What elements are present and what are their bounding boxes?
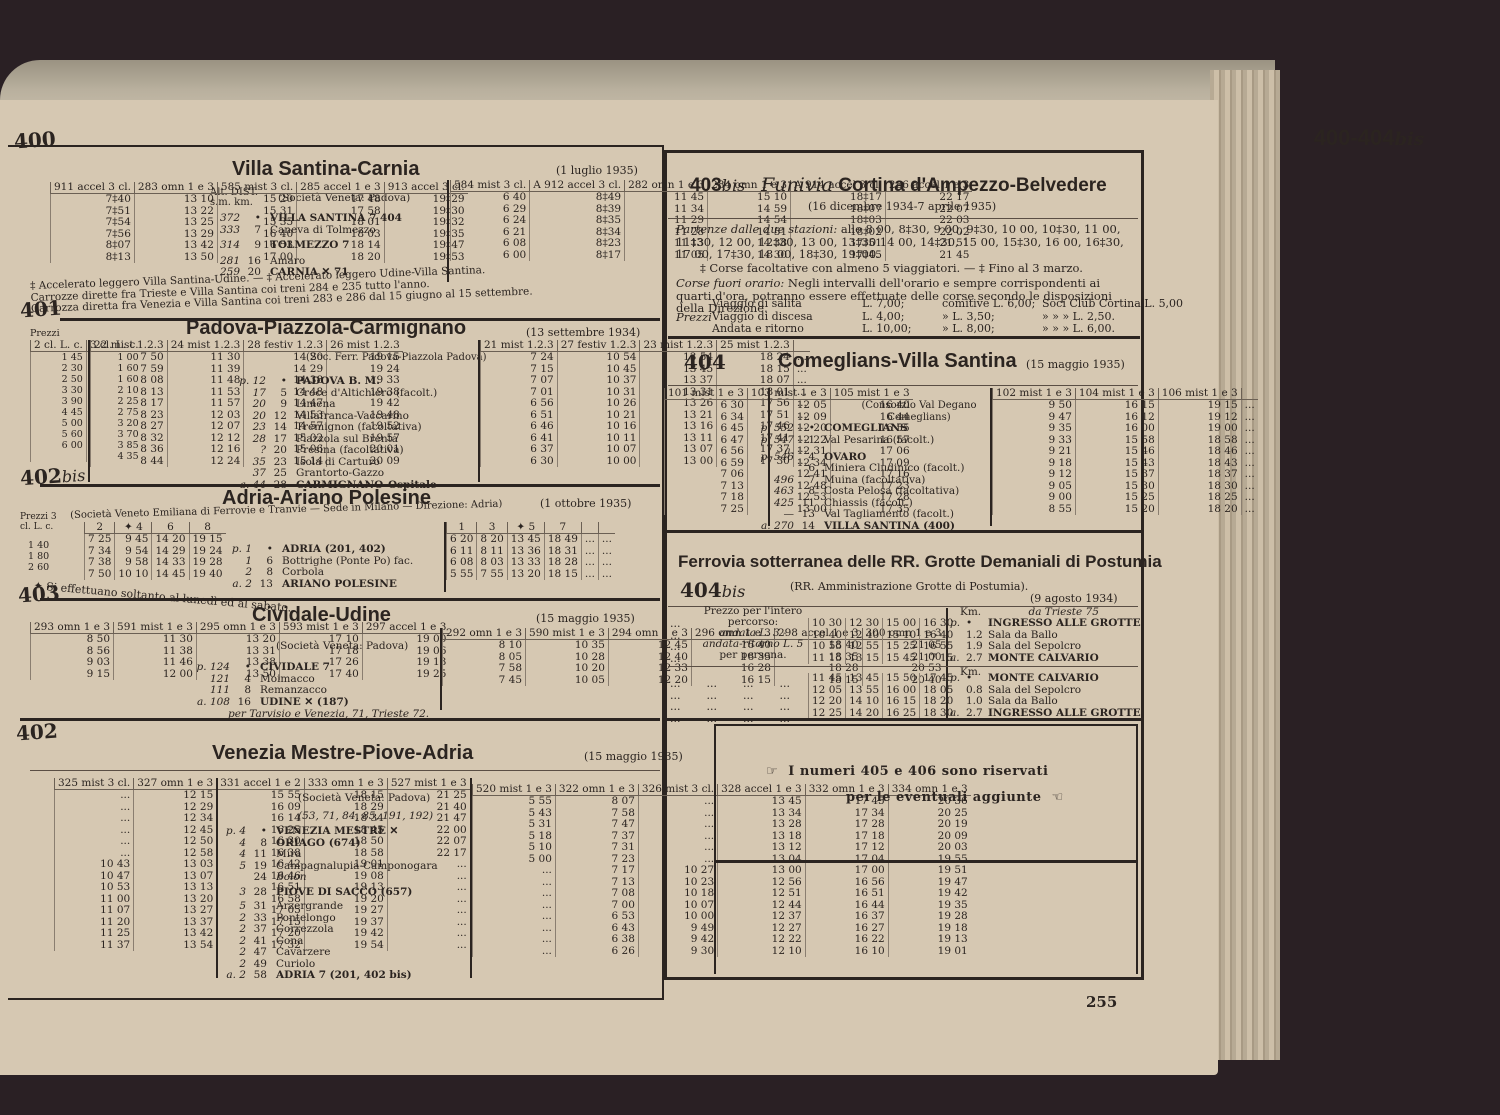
company-401: (Soc. Ferr. Padova-Piazzola Padova) [306,352,486,364]
station-list-401: p. 12•PADOVA B. M. 175Croce d'Altichiero… [226,376,437,491]
section-date-404bis: (9 agosto 1934) [1030,592,1117,605]
station-row: 24Boion [206,872,438,884]
station-row: a.2.7MONTE CALVARIO [950,653,1141,665]
station-row: 1.0Sala da Ballo [950,696,1141,708]
prices-label-403bis: Prezzi [676,311,712,324]
table-row: 10 3012 3015 0016 30 [809,618,957,630]
station-row: 1118Remanzacco [190,685,349,697]
divider [664,718,1144,721]
section-date-404: (15 maggio 1935) [1026,358,1125,371]
table-row: 7 259 4514 2019 15 [85,534,226,546]
table-row: 9 3516 0019 00... [993,423,1258,435]
station-row: p.•MONTE CALVARIO [950,673,1141,685]
station-list-404bis-out: p.•INGRESSO ALLE GROTTE 1.2Sala da Ballo… [950,618,1141,664]
page-header-range: 400-404bis [1314,125,1424,151]
station-row: 1.9Sala del Sepolcro [950,641,1141,653]
table-row: 9 2115 4618 46... [993,446,1258,458]
section-title-402: Venezia Mestre-Piove-Adria [212,742,473,765]
section-number-403: 403 [17,581,60,608]
station-row: p. 552•COMEGLIANS [754,423,964,435]
divider [668,336,1140,339]
table-row: 9 0015 2518 25... [993,492,1258,504]
station-row: p. 12•PADOVA B. M. [226,376,437,388]
pointing-hand-left-icon: ☜ [1052,790,1064,805]
divider [664,530,1144,533]
table-row: 12 2014 1016 1518 20 [809,696,957,708]
section-date-403bis: (16 dicembre 1934-7 aprile 1935) [808,200,996,213]
station-row: a. 213ARIANO POLESINE [212,579,413,591]
table-row: 11 4513 4515 5017 45 [809,673,957,685]
section-date-400: (1 luglio 1935) [556,164,638,177]
station-row: 209Limena [226,399,437,411]
section-number-404bis: 404bis [680,578,745,602]
table-row: 8 5011 3013 2017 1019 00 [31,634,450,646]
reserved-notice-line2: per le eventuali aggiunte ☜ [846,792,1064,804]
divider [716,860,1136,863]
header-row: 325 mist 3 cl.327 omn 1 e 3331 accel 1 e… [55,778,470,790]
header-row: 102 mist 1 e 3104 mist 1 e 3106 mist 1 e… [993,388,1258,400]
station-row: 411Mira [206,849,438,861]
price-row: Viaggio di salitaL. 7,00;comitive L. 6,0… [712,298,1183,311]
table-row: 10 5512 5515 2516 55 [809,641,957,653]
divider [668,218,1138,219]
section-title-404bis: Ferrovia sotterranea delle RR. Grotte De… [678,552,1162,572]
table-404-up: 102 mist 1 e 3104 mist 1 e 3106 mist 1 e… [992,388,1258,515]
station-row: ?20Presina (facoltativa) [226,445,437,457]
table-row: 11 1513 1515 4517 15 [809,653,957,665]
section-date-402: (15 maggio 1935) [584,750,683,763]
book-page-edges-right [1210,70,1280,1060]
section-date-401: (13 settembre 1934) [526,326,640,339]
company-402: (Società Veneta: Padova) [298,792,430,804]
station-row: 531Arzergrande [206,901,438,913]
section-date-402bis: (1 ottobre 1935) [540,497,631,510]
section-number-402bis: 402bis [19,462,86,490]
table-row: 6 208 2013 4518 49...... [447,534,615,546]
table-row: 7 5911 3914 2919 24 [91,364,403,376]
section-number-404: 404 [684,350,726,374]
station-row: 247Cavarzere [206,947,438,959]
section-number-402: 402 [15,719,58,746]
prices-402bis: 1 40 1 80 2 60 [28,540,49,573]
prices-label-402bis: Prezzi 3 cl. L. c. [20,512,60,532]
header-row: 22 mist 1.2.324 mist 1.2.328 festiv 1.2.… [91,340,403,352]
section-number-400: 400 [13,127,56,154]
station-row: —13Val Tagliamento (facolt.) [754,509,964,521]
header-row: 21 mist 1.2.327 festiv 1.2.323 mist 1.2.… [481,340,810,352]
station-list-402: p. 4•VENEZIA MESTRE ✕ 48ORIAGO (674) 411… [206,826,438,982]
section-title-401: Padova-Piazzola-Carmignano [186,317,466,340]
table-row: 8 5515 2018 20... [993,504,1258,516]
station-row: 519Campagnalupia-Camponogara [206,861,438,873]
station-list-403: p. 124•CIVIDALE 7 1214Moimacco 1118Reman… [190,662,349,708]
station-list-404bis-return: p.•MONTE CALVARIO 0.8Sala del Sepolcro 1… [950,673,1141,719]
header-row: 2✦ 468 [85,522,226,534]
station-row: a. 10816UDINE ✕ (187) [190,697,349,709]
divider [30,770,660,771]
divider [40,598,660,601]
station-row: 4638Costa Pelosa (facoltativa) [754,486,964,498]
station-row: 3337Caneva di Tolmezzo [200,225,402,237]
section-title-404: Comeglians-Villa Santina [778,350,1017,373]
header-row: 13✦ 57 [447,522,615,534]
departures-403bis: Partenze dalle due stazioni: alle 8 00, … [676,223,1136,261]
section-number-401: 401 [19,296,62,323]
header-row: 101 mist 1 e 3103 mist 1 e 3105 mist 1 e… [665,388,913,400]
connections-402: (53, 71, 84, 85, 191, 192) [298,810,433,822]
station-row: 2314Tremignon (facoltativa) [226,422,437,434]
station-row: p.•INGRESSO ALLE GROTTE [950,618,1141,630]
station-list-404: p. 552•COMEGLIANS p. 5471Val Pesarina (f… [754,423,964,532]
price-row: Andata e ritornoL. 10,00;» L. 8,00;» » »… [712,323,1183,336]
station-row: p. 4•VENEZIA MESTRE ✕ [206,826,438,838]
price-info-404bis: Prezzo per l'intero percorso: andata L. … [698,606,808,661]
admin-404bis: (RR. Amministrazione Grotte di Postumia)… [790,580,1028,593]
table-404bis-return: 11 4513 4515 5017 45 12 0513 5516 0018 0… [808,673,956,719]
page-number: 255 [1086,993,1117,1011]
section-title-403bis: 403bis Funivia Cortina d'Ampezzo-Belvede… [690,174,1107,197]
station-row: 3149TOLMEZZO 7 [200,240,402,252]
station-row: 6Miniera Cludinico (facolt.) [754,463,964,475]
table-row: 7‡4013 1015 2017 4819‡29 [51,194,468,206]
header-row: 911 accel 3 cl. 283 omn 1 e 3 585 mist 3… [51,182,468,194]
table-row: 7 389 5814 3319 28 [85,557,226,569]
section-date-403: (15 maggio 1935) [536,612,635,625]
table-row: 7 5010 1014 4519 40 [85,569,226,581]
table-row: 9 1215 3718 37... [993,469,1258,481]
station-list-402bis: p. 1•ADRIA (201, 402) 16Bottrighe (Ponte… [212,544,413,590]
station-row: a. 258ADRIA 7 (201, 402 bis) [206,970,438,982]
reserved-notice-line1: ☞ I numeri 405 e 406 sono riservati [766,766,1048,778]
station-row: 3725Grantorto-Gazzo [226,468,437,480]
station-row: p. 124•CIVIDALE 7 [190,662,349,674]
table-row: 7 2410 5413 5418 24... [481,352,810,364]
pointing-hand-right-icon: ☞ [766,764,778,779]
ellipsis-col: ............ [670,618,681,664]
table-row: 5 557 5513 2018 15...... [447,569,615,581]
station-row: p. 1•ADRIA (201, 402) [212,544,413,556]
footnote-403bis: ‡ Corse facoltative con almeno 5 viaggia… [700,262,1083,275]
prices-403bis: Viaggio di salitaL. 7,00;comitive L. 6,0… [712,298,1183,336]
divider [20,718,660,721]
table-402bis-down: 2✦ 468 7 259 4514 2019 15 7 349 5414 291… [84,522,226,580]
table-row: 9 5016 1519 15... [993,400,1258,412]
station-row: 372•VILLA SANTINA 7 404 [200,213,402,225]
section-title-400: Villa Santina-Carnia [232,158,419,181]
station-row: 28Corbola [212,567,413,579]
reserved-frame [714,724,1138,974]
table-row: 6 088 0313 3318 28...... [447,557,615,569]
table-404bis-out: 10 3012 3015 0016 30 10 4012 4015 1016 4… [808,618,956,664]
station-row: 328PIOVE DI SACCO (657) [206,887,438,899]
header-row: 293 omn 1 e 3591 mist 1 e 3295 omn 1 e 3… [31,622,450,634]
company-404: (Consorzio Val Degano Comeglians) [854,400,984,424]
divider [668,385,1138,386]
table-402bis-up: 13✦ 57 6 208 2013 4518 49...... 6 118 11… [446,522,615,580]
divider [668,666,1138,667]
station-row: 237Correzzola [206,924,438,936]
